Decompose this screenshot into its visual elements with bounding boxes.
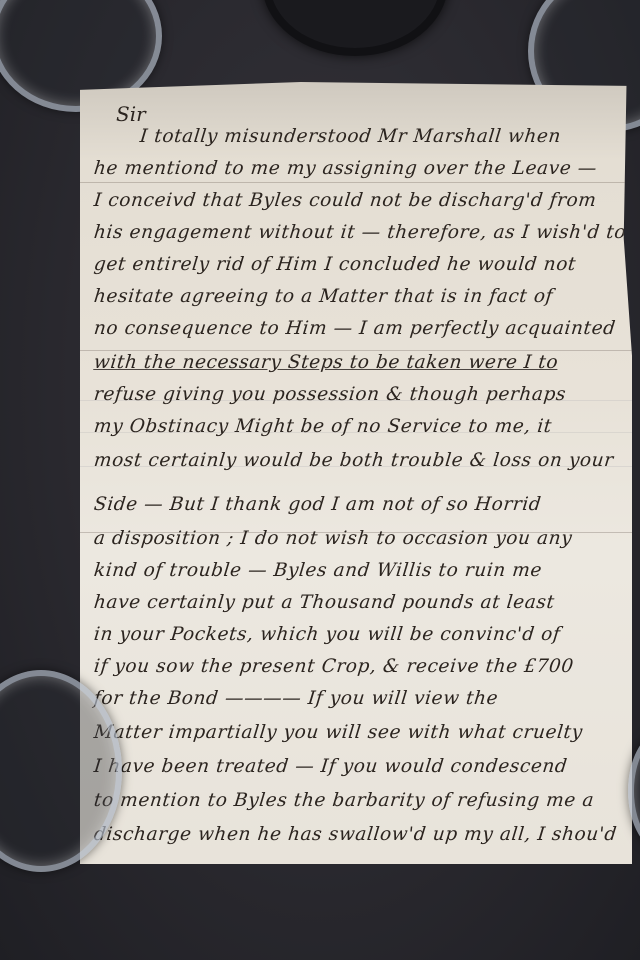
letter-line: in your Pockets, which you will be convi…: [93, 624, 623, 645]
letter-line: to mention to Byles the barbarity of ref…: [93, 790, 623, 811]
letter-line: get entirely rid of Him I concluded he w…: [93, 254, 623, 275]
letter-line: his engagement without it — therefore, a…: [93, 222, 623, 243]
letter-line: Side — But I thank god I am not of so Ho…: [93, 494, 623, 515]
letter-line: for the Bond ———— If you will view the: [93, 688, 623, 709]
fold-line: [80, 350, 632, 351]
letter-line: I have been treated — If you would conde…: [93, 756, 623, 777]
letter-line: no consequence to Him — I am perfectly a…: [93, 318, 623, 339]
letter-line: a disposition ; I do not wish to occasio…: [93, 528, 623, 549]
letter-line: most certainly would be both trouble & l…: [93, 450, 623, 471]
salutation: Sir: [116, 102, 146, 126]
letter-line: with the necessary Steps to be taken wer…: [93, 352, 623, 373]
letter-line: he mentiond to me my assigning over the …: [93, 158, 623, 179]
letter-line: refuse giving you possession & though pe…: [93, 384, 623, 405]
letter-line: I conceivd that Byles could not be disch…: [93, 190, 623, 211]
letter-line: Matter impartially you will see with wha…: [93, 722, 623, 743]
letter-line: if you sow the present Crop, & receive t…: [93, 656, 623, 677]
letter-line: I totally misunderstood Mr Marshall when: [139, 126, 623, 147]
letter-line: have certainly put a Thousand pounds at …: [93, 592, 623, 613]
letter-line: my Obstinacy Might be of no Service to m…: [93, 416, 623, 437]
letter-page: Sir I totally misunderstood Mr Marshall …: [80, 82, 632, 864]
fold-line: [80, 182, 632, 183]
letter-line: kind of trouble — Byles and Willis to ru…: [93, 560, 623, 581]
letter-line: hesitate agreeing to a Matter that is in…: [93, 286, 623, 307]
letter-line: discharge when he has swallow'd up my al…: [93, 824, 623, 845]
